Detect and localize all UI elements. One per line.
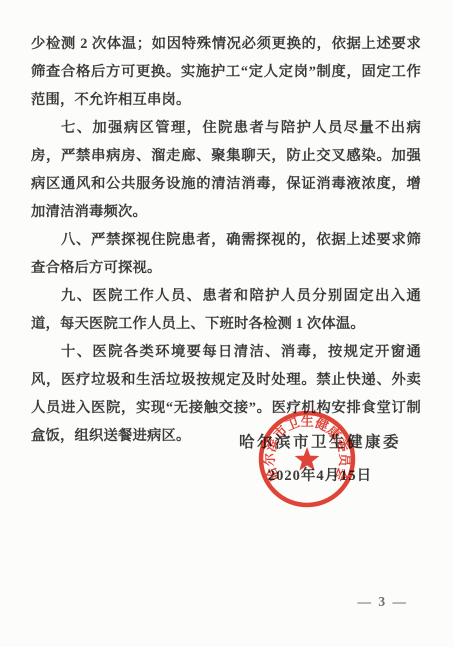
document-page: 少检测 2 次体温；如因特殊情况必须更换的，依据上述要求筛查合格后方可更换。实施… xyxy=(0,0,453,647)
paragraph-item-7: 七、加强病区管理，住院患者与陪护人员尽量不出病房，严禁串病房、溜走廊、聚集聊天，… xyxy=(31,114,421,226)
paragraph-item-9: 九、医院工作人员、患者和陪护人员分别固定出入通道，每天医院工作人员上、下班时各检… xyxy=(31,282,421,338)
document-body: 少检测 2 次体温；如因特殊情况必须更换的，依据上述要求筛查合格后方可更换。实施… xyxy=(31,30,421,450)
signature-block: 哈尔滨市卫生健康委 2020年4月15日 xyxy=(239,430,401,485)
page-number: — 3 — xyxy=(358,594,409,610)
issue-date: 2020年4月15日 xyxy=(239,464,401,485)
paragraph-item-8: 八、严禁探视住院患者，确需探视的，依据上述要求筛查合格后方可探视。 xyxy=(31,226,421,282)
issuer-name: 哈尔滨市卫生健康委 xyxy=(239,430,401,452)
paragraph-continuation: 少检测 2 次体温；如因特殊情况必须更换的，依据上述要求筛查合格后方可更换。实施… xyxy=(31,30,421,114)
